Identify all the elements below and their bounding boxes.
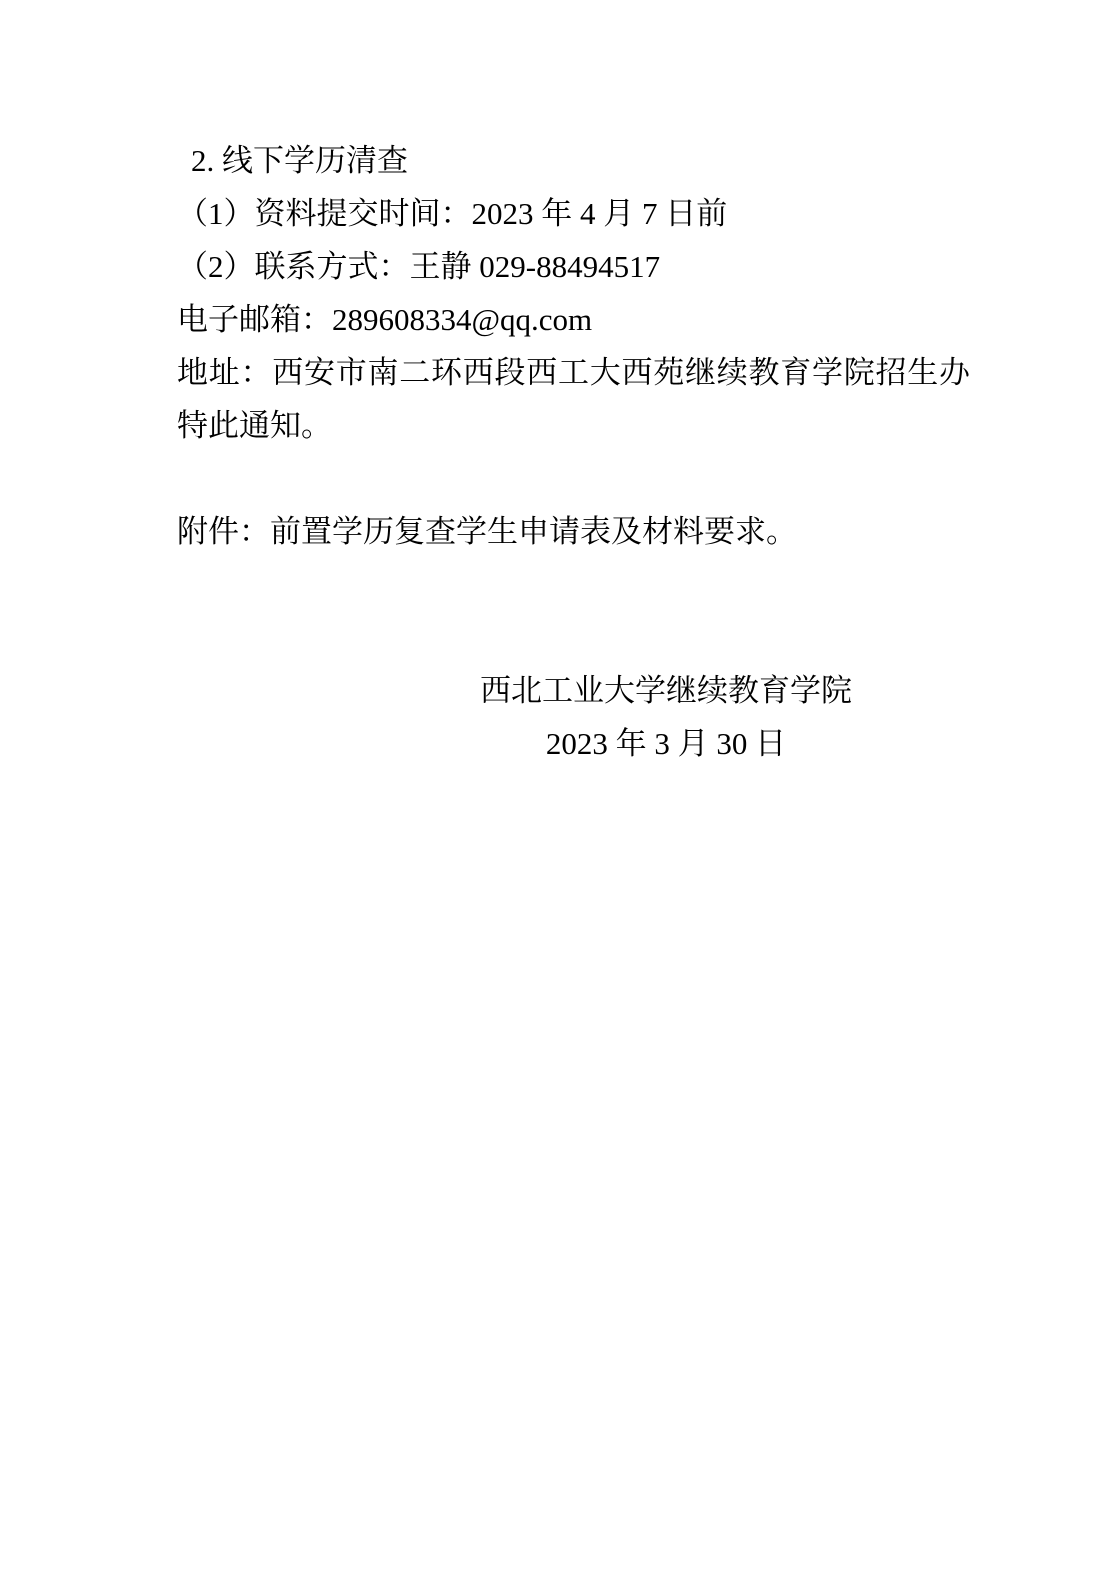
document-page: 2. 线下学历清查 （1）资料提交时间：2023 年 4 月 7 日前 （2）联… bbox=[0, 0, 1116, 1579]
signature-date: 2023 年 3 月 30 日 bbox=[480, 717, 852, 770]
notice-line: 特此通知。 bbox=[177, 399, 940, 452]
list-item-submission-time: （1）资料提交时间：2023 年 4 月 7 日前 bbox=[177, 187, 940, 240]
signature-organization: 西北工业大学继续教育学院 bbox=[480, 664, 852, 717]
signature-block: 西北工业大学继续教育学院 2023 年 3 月 30 日 bbox=[480, 664, 852, 770]
document-content: 2. 线下学历清查 （1）资料提交时间：2023 年 4 月 7 日前 （2）联… bbox=[177, 134, 940, 770]
attachment-line: 附件：前置学历复查学生申请表及材料要求。 bbox=[177, 505, 940, 558]
address-line: 地址：西安市南二环西段西工大西苑继续教育学院招生办 bbox=[177, 346, 940, 399]
list-item-contact: （2）联系方式：王静 029-88494517 bbox=[177, 240, 940, 293]
email-line: 电子邮箱：289608334@qq.com bbox=[177, 293, 940, 346]
section-heading: 2. 线下学历清查 bbox=[177, 134, 940, 187]
